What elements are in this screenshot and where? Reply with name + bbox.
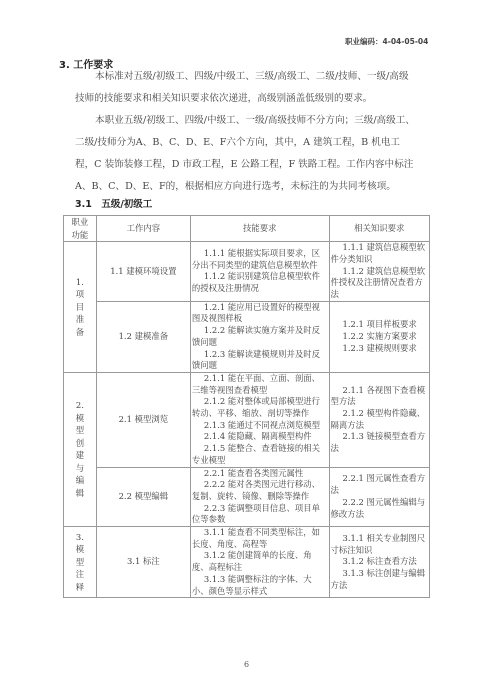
subsection-title: 3.1 五级/初级工 xyxy=(75,196,152,210)
knowledge-item: 1.2.3 建模规则要求 xyxy=(331,343,429,355)
knowledge-item: 2.1.1 各视图下查看模型方法 xyxy=(331,385,429,408)
function-name: 1.项目准备 xyxy=(75,276,85,339)
paragraph-1-text: 本标准对五级/初级工、四级/中级工、三级/高级工、二级/技师、一级/高级技师的技… xyxy=(75,71,409,104)
content-cell: 2.2 模型编辑 xyxy=(96,467,190,527)
knowledge-item: 2.2.2 图元属性编辑与修改方法 xyxy=(331,497,429,520)
skills-item: 1.2.1 能应用已设置好的模型视图及视图样板 xyxy=(192,302,328,325)
function-cell: 1.项目准备 xyxy=(64,242,97,373)
knowledge-cell: 2.2.1 图元属性查看方法2.2.2 图元属性编辑与修改方法 xyxy=(329,467,430,527)
knowledge-item: 1.2.2 实施方案要求 xyxy=(331,331,429,343)
content-cell: 2.1 模型浏览 xyxy=(96,372,190,467)
knowledge-item: 1.2.1 项目样板要求 xyxy=(331,319,429,331)
paragraph-2-text: 本职业五级/初级工、四级/中级工、一级/高级技师不分方向；三级/高级工、二级/技… xyxy=(75,115,415,192)
skills-item: 1.2.3 能解读建模规则并及时反馈问题 xyxy=(192,349,328,372)
skills-item: 2.1.4 能隐藏、隔离模型构件 xyxy=(192,431,328,443)
skills-item: 2.2.3 能调整项目信息、项目单位等参数 xyxy=(192,503,328,526)
table-row: 2.2 模型编辑2.2.1 能查看各类图元属性2.2.2 能对各类图元进行移动、… xyxy=(64,467,430,527)
skills-cell: 2.1.1 能在平面、立面、剖面、三维等视图查看模型2.1.2 能对整体或局部模… xyxy=(190,372,329,467)
knowledge-item: 3.1.1 相关专业制图尺寸标注知识 xyxy=(331,533,429,556)
knowledge-item: 1.1.1 建筑信息模型软件分类知识 xyxy=(331,242,429,265)
knowledge-cell: 1.1.1 建筑信息模型软件分类知识1.1.2 建筑信息模型软件授权及注册情况查… xyxy=(329,242,430,302)
skills-item: 2.1.1 能在平面、立面、剖面、三维等视图查看模型 xyxy=(192,373,328,396)
knowledge-cell: 3.1.1 相关专业制图尺寸标注知识3.1.2 标注查看方法3.1.3 标注创建… xyxy=(329,527,430,598)
function-name: 2.模型创建与编辑 xyxy=(75,399,85,499)
paragraph-1: 本标准对五级/初级工、四级/中级工、三级/高级工、二级/技师、一级/高级技师的技… xyxy=(75,66,415,110)
occupation-code: 职业编码：4-04-05-04 xyxy=(345,36,428,47)
knowledge-item: 2.2.1 图元属性查看方法 xyxy=(331,473,429,496)
knowledge-item: 2.1.2 模型构件隐藏、隔离方法 xyxy=(331,408,429,431)
skills-item: 1.2.2 能解读实施方案并及时反馈问题 xyxy=(192,325,328,348)
table-row: 3.模型注释3.1 标注3.1.1 能查看不同类型标注，如长度、角度、高程等3.… xyxy=(64,527,430,598)
knowledge-item: 3.1.2 标注查看方法 xyxy=(331,556,429,568)
knowledge-item: 2.1.3 链接模型查看方法 xyxy=(331,431,429,454)
skills-item: 2.2.1 能查看各类图元属性 xyxy=(192,468,328,480)
skills-item: 3.1.2 能创建简单的长度、角度、高程标注 xyxy=(192,550,328,573)
knowledge-item: 1.1.2 建筑信息模型软件授权及注册情况查看方法 xyxy=(331,266,429,301)
table-row: 2.模型创建与编辑2.1 模型浏览2.1.1 能在平面、立面、剖面、三维等视图查… xyxy=(64,372,430,467)
skills-item: 2.2.2 能对各类图元进行移动、复制、旋转、镜像、删除等操作 xyxy=(192,479,328,502)
work-requirements-table: 职业功能 工作内容 技能要求 相关知识要求 1.项目准备1.1 建模环境设置1.… xyxy=(63,215,430,598)
header-knowledge: 相关知识要求 xyxy=(329,216,430,242)
table-header-row: 职业功能 工作内容 技能要求 相关知识要求 xyxy=(64,216,430,242)
skills-item: 1.1.1 能根据实际项目要求，区分出不同类型的建筑信息模型软件 xyxy=(192,248,328,271)
content-cell: 1.1 建模环境设置 xyxy=(96,242,190,302)
function-cell: 3.模型注释 xyxy=(64,527,97,598)
skills-item: 2.1.3 能通过不同视点浏览模型 xyxy=(192,420,328,432)
paragraph-2: 本职业五级/初级工、四级/中级工、一级/高级技师不分方向；三级/高级工、二级/技… xyxy=(75,110,415,198)
header-function: 职业功能 xyxy=(64,216,97,242)
content-cell: 3.1 标注 xyxy=(96,527,190,598)
skills-cell: 1.1.1 能根据实际项目要求，区分出不同类型的建筑信息模型软件1.1.2 能识… xyxy=(190,242,329,302)
knowledge-item: 3.1.3 标注创建与编辑方法 xyxy=(331,568,429,591)
header-content: 工作内容 xyxy=(96,216,190,242)
skills-item: 2.1.2 能对整体或局部模型进行转动、平移、缩放、剖切等操作 xyxy=(192,396,328,419)
content-cell: 1.2 建模准备 xyxy=(96,301,190,372)
table-row: 1.项目准备1.1 建模环境设置1.1.1 能根据实际项目要求，区分出不同类型的… xyxy=(64,242,430,302)
skills-item: 3.1.1 能查看不同类型标注，如长度、角度、高程等 xyxy=(192,527,328,550)
knowledge-cell: 1.2.1 项目样板要求1.2.2 实施方案要求1.2.3 建模规则要求 xyxy=(329,301,430,372)
function-name: 3.模型注释 xyxy=(75,531,85,594)
skills-cell: 3.1.1 能查看不同类型标注，如长度、角度、高程等3.1.2 能创建简单的长度… xyxy=(190,527,329,598)
table-row: 1.2 建模准备1.2.1 能应用已设置好的模型视图及视图样板1.2.2 能解读… xyxy=(64,301,430,372)
skills-cell: 1.2.1 能应用已设置好的模型视图及视图样板1.2.2 能解读实施方案并及时反… xyxy=(190,301,329,372)
skills-item: 1.1.2 能识别建筑信息模型软件的授权及注册情况 xyxy=(192,271,328,294)
skills-cell: 2.2.1 能查看各类图元属性2.2.2 能对各类图元进行移动、复制、旋转、镜像… xyxy=(190,467,329,527)
skills-item: 2.1.5 能整合、查看链接的相关专业模型 xyxy=(192,443,328,466)
page-number: 6 xyxy=(244,660,249,669)
header-skills: 技能要求 xyxy=(190,216,329,242)
skills-item: 3.1.3 能调整标注的字体、大小、颜色等显示样式 xyxy=(192,574,328,597)
knowledge-cell: 2.1.1 各视图下查看模型方法2.1.2 模型构件隐藏、隔离方法2.1.3 链… xyxy=(329,372,430,467)
function-cell: 2.模型创建与编辑 xyxy=(64,372,97,526)
